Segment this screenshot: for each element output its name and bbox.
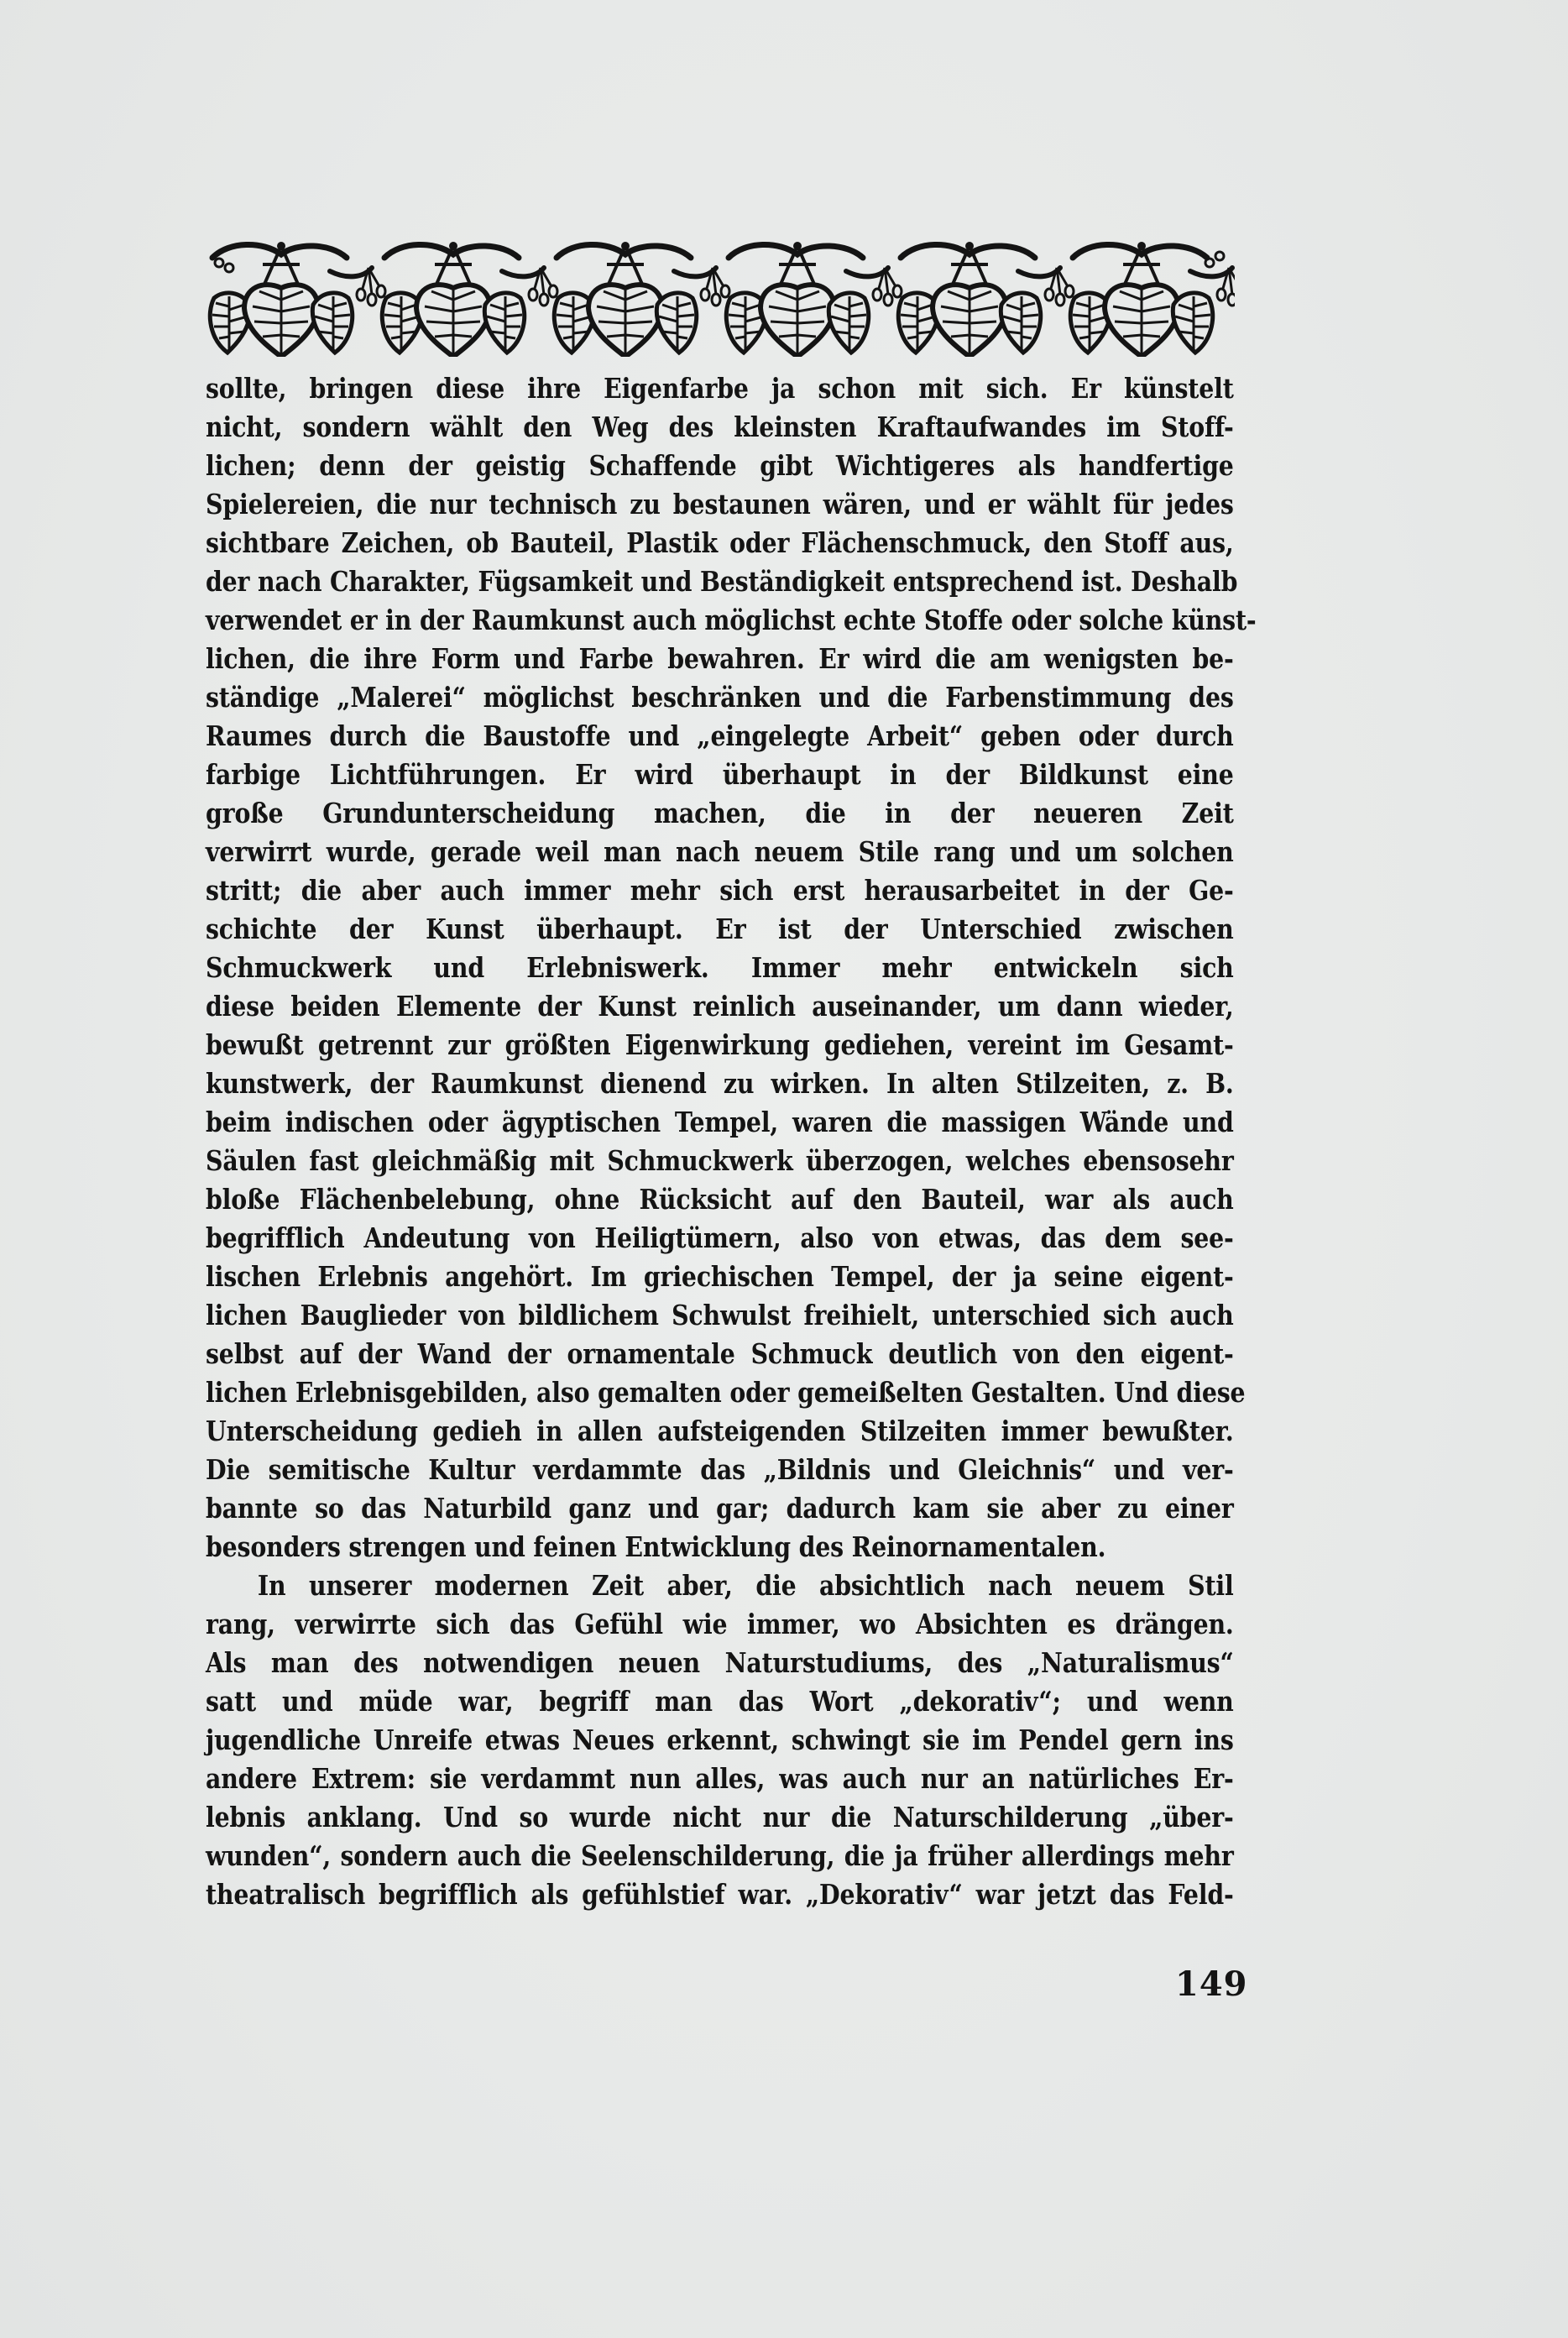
text-line: verwendet er in der Raumkunst auch mögli… [206, 601, 1234, 640]
text-line: nicht, sondern wählt den Weg des kleinst… [206, 408, 1234, 447]
text-line: ständige „Malerei“ möglichst beschränken… [206, 678, 1234, 717]
text-line: Unterscheidung gedieh in allen aufsteige… [206, 1412, 1234, 1451]
text-line: schichte der Kunst überhaupt. Er ist der… [206, 910, 1234, 949]
text-line: lichen Erlebnisgebilden, also gemalten o… [206, 1373, 1234, 1412]
body-text: sollte, bringen diese ihre Eigenfarbe ja… [206, 369, 1234, 1914]
text-line: der nach Charakter, Fügsamkeit und Bestä… [206, 562, 1234, 601]
text-line: verwirrt wurde, gerade weil man nach neu… [206, 833, 1234, 871]
text-line: Spielereien, die nur technisch zu bestau… [206, 485, 1234, 524]
text-line: lischen Erlebnis angehört. Im griechisch… [206, 1258, 1234, 1296]
text-line: lebnis anklang. Und so wurde nicht nur d… [206, 1798, 1234, 1837]
text-line: andere Extrem: sie verdammt nun alles, w… [206, 1760, 1234, 1798]
text-line: wunden“, sondern auch die Seelenschilder… [206, 1837, 1234, 1875]
text-line: sollte, bringen diese ihre Eigenfarbe ja… [206, 369, 1234, 408]
text-line: jugendliche Unreife etwas Neues erkennt,… [206, 1721, 1234, 1760]
text-line: farbige Lichtführungen. Er wird überhaup… [206, 756, 1234, 794]
text-line: bloße Flächenbelebung, ohne Rücksicht au… [206, 1180, 1234, 1219]
text-line: stritt; die aber auch immer mehr sich er… [206, 871, 1234, 910]
text-line: Säulen fast gleichmäßig mit Schmuckwerk … [206, 1142, 1234, 1180]
text-line: bannte so das Naturbild ganz und gar; da… [206, 1489, 1234, 1528]
leaf-ornament-icon [204, 239, 1235, 357]
text-line: selbst auf der Wand der ornamentale Schm… [206, 1335, 1234, 1373]
text-line: Die semitische Kultur verdammte das „Bil… [206, 1451, 1234, 1489]
text-line: kunstwerk, der Raumkunst dienend zu wirk… [206, 1064, 1234, 1103]
page-number: 149 [1175, 1964, 1248, 2004]
text-line: diese beiden Elemente der Kunst reinlich… [206, 987, 1234, 1026]
text-line: sichtbare Zeichen, ob Bauteil, Plastik o… [206, 524, 1234, 562]
text-line: satt und müde war, begriff man das Wort … [206, 1682, 1234, 1721]
text-line: lichen Bauglieder von bildlichem Schwuls… [206, 1296, 1234, 1335]
text-line: bewußt getrennt zur größten Eigenwirkung… [206, 1026, 1234, 1064]
text-line: Als man des notwendigen neuen Naturstudi… [206, 1644, 1234, 1682]
text-line: Raumes durch die Baustoffe und „eingeleg… [206, 717, 1234, 756]
book-page: sollte, bringen diese ihre Eigenfarbe ja… [0, 0, 1568, 2338]
text-line: beim indischen oder ägyptischen Tempel, … [206, 1103, 1234, 1142]
text-line: lichen; denn der geistig Schaffende gibt… [206, 447, 1234, 485]
linden-leaf-ornament-border [204, 239, 1235, 357]
text-line: große Grundunterscheidung machen, die in… [206, 794, 1234, 833]
text-line: theatralisch begrifflich als gefühlstief… [206, 1875, 1234, 1914]
text-line: rang, verwirrte sich das Gefühl wie imme… [206, 1605, 1234, 1644]
text-line: begrifflich Andeutung von Heiligtümern, … [206, 1219, 1234, 1258]
paragraph-end-line: besonders strengen und feinen Entwicklun… [206, 1528, 1234, 1567]
paragraph-start-line: In unserer modernen Zeit aber, die absic… [206, 1567, 1234, 1605]
text-line: Schmuckwerk und Erlebniswerk. Immer mehr… [206, 949, 1234, 987]
text-line: lichen, die ihre Form und Farbe bewahren… [206, 640, 1234, 678]
